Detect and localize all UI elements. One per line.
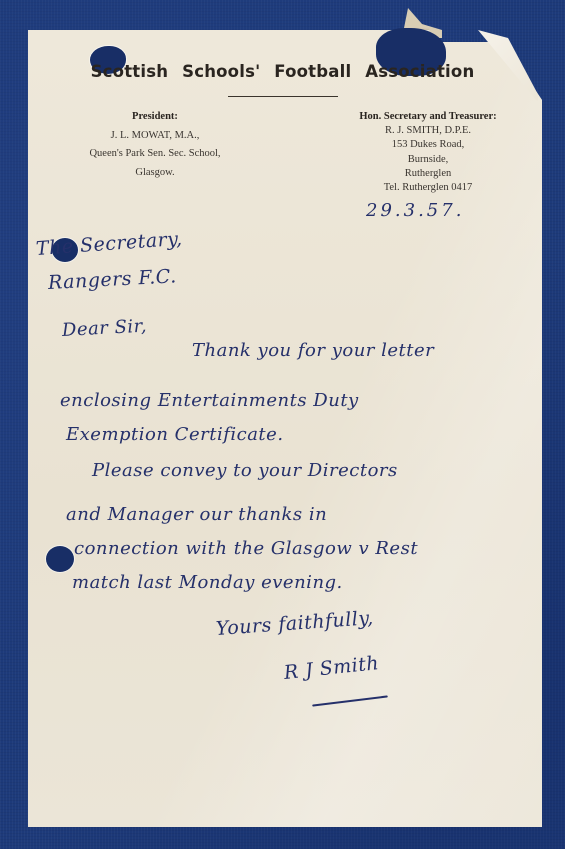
secretary-label: Hon. Secretary and Treasurer: [328, 110, 528, 124]
body-line-7: match last Monday evening. [72, 572, 343, 593]
secretary-address-2: Burnside, [328, 153, 528, 167]
body-line-4: Please convey to your Directors [92, 460, 398, 481]
secretary-block: Hon. Secretary and Treasurer: R. J. SMIT… [328, 110, 528, 195]
president-name: J. L. MOWAT, M.A., [40, 127, 270, 146]
salutation: Dear Sir, [61, 316, 147, 341]
body-line-6: connection with the Glasgow v Rest [74, 538, 418, 559]
president-label: President: [40, 108, 270, 127]
president-block: President: J. L. MOWAT, M.A., Queen's Pa… [40, 108, 270, 182]
body-line-1: Thank you for your letter [192, 340, 434, 361]
secretary-name: R. J. SMITH, D.P.E. [328, 124, 528, 138]
body-line-5: and Manager our thanks in [66, 504, 327, 525]
body-line-2: enclosing Entertainments Duty [60, 390, 359, 411]
letter-date: 29.3.57. [366, 200, 464, 221]
letterhead-divider [228, 96, 338, 97]
president-address-1: Queen's Park Sen. Sec. School, [40, 145, 270, 164]
letterhead-title: Scottish Schools' Football Association [0, 62, 565, 81]
secretary-address-3: Rutherglen [328, 167, 528, 181]
president-address-2: Glasgow. [40, 164, 270, 183]
body-line-3: Exemption Certificate. [66, 424, 284, 445]
punch-hole-left-lower [46, 546, 74, 572]
secretary-address-1: 153 Dukes Road, [328, 138, 528, 152]
secretary-phone: Tel. Rutherglen 0417 [328, 181, 528, 195]
